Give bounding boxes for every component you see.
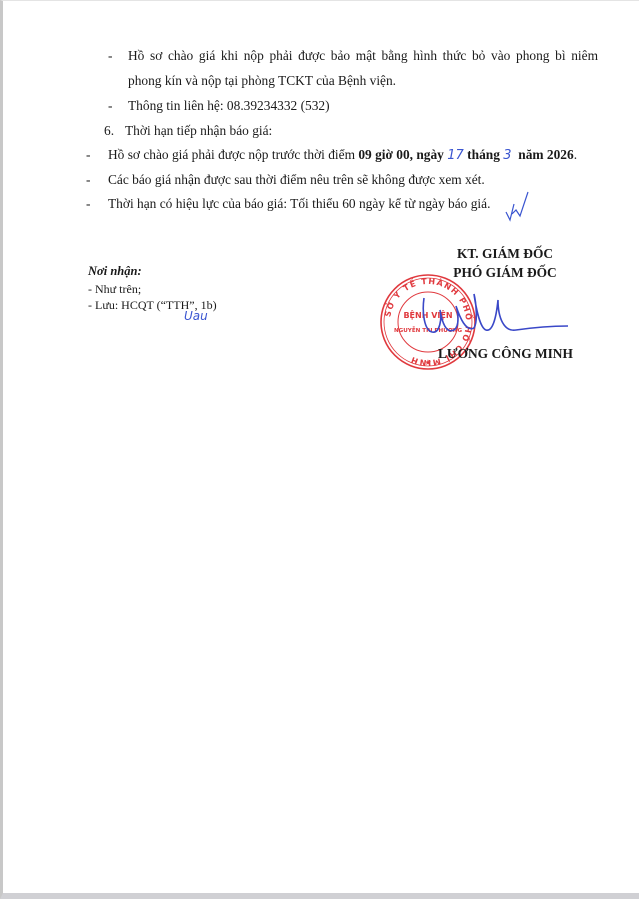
bullet-dash: - [86,196,90,212]
recipient-item: - Như trên; [88,282,141,297]
bullet-dash: - [108,48,112,64]
handwritten-initials: Uau [184,309,208,323]
initial-mark-icon [502,190,530,222]
bullet-dash: - [86,172,90,188]
bullet-text: Hồ sơ chào giá khi nộp phải được bảo mật… [128,48,598,64]
bullet-text: Các báo giá nhận được sau thời điểm nêu … [108,172,485,188]
contact-info: Thông tin liên hệ: 08.39234332 (532) [128,98,330,114]
deadline-time: 09 giờ 00, ngày [358,147,444,162]
deadline-suffix: . [574,147,577,162]
validity-text: Thời hạn có hiệu lực của báo giá: Tối th… [108,196,490,212]
handwritten-day: 17 [447,148,464,163]
bullet-dash: - [108,98,112,114]
deadline-prefix: Hồ sơ chào giá phải được nộp trước thời … [108,147,358,162]
page-frame [0,0,639,899]
section-title: Thời hạn tiếp nhận báo giá: [125,123,272,139]
year-label: năm 2026 [518,147,573,162]
handwritten-month: 3 [503,148,511,163]
month-label: tháng [467,147,500,162]
signature-icon [420,292,570,342]
signature-title: KT. GIÁM ĐỐC [405,246,605,262]
deadline-text: Hồ sơ chào giá phải được nộp trước thời … [108,147,577,163]
bullet-text-cont: phong kín và nộp tại phòng TCKT của Bệnh… [128,73,396,89]
bullet-dash: - [86,147,90,163]
svg-text:★: ★ [424,358,431,367]
recipients-title: Nơi nhận: [88,264,142,279]
signer-name: LƯƠNG CÔNG MINH [438,346,573,362]
section-number: 6. [104,123,114,139]
